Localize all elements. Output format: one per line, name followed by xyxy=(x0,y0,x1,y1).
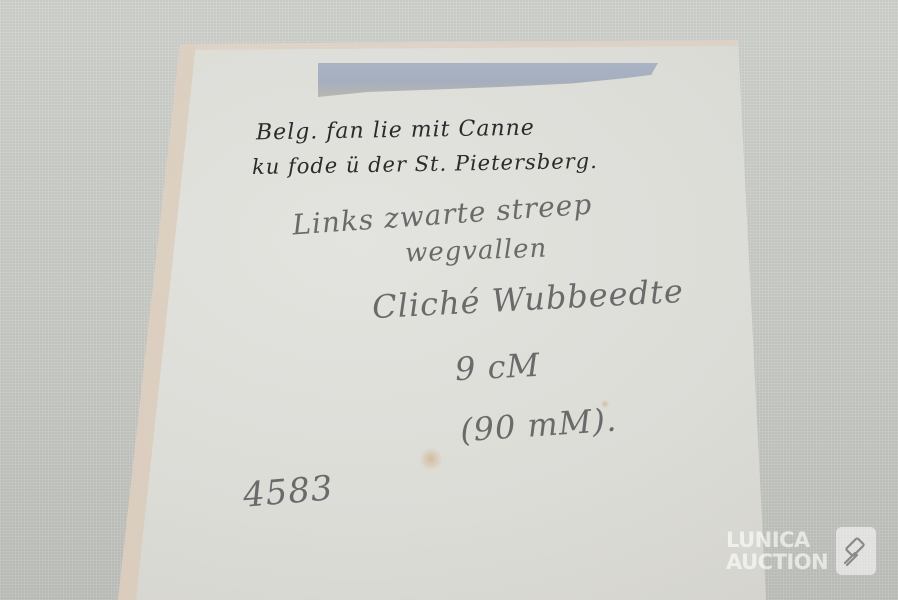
watermark-line-2: AUCTION xyxy=(726,551,828,573)
gavel-icon xyxy=(836,527,876,575)
watermark-text: LUNICA AUCTION xyxy=(726,529,828,573)
pencil-inscription-line-4: 9 cM xyxy=(454,346,541,388)
pencil-inscription-line-2: wegvallen xyxy=(405,234,548,269)
lunica-auction-watermark: LUNICA AUCTION xyxy=(726,523,876,579)
foxing-stain xyxy=(418,448,444,470)
pencil-inventory-number: 4583 xyxy=(241,468,335,516)
watermark-line-1: LUNICA xyxy=(726,529,828,551)
ink-inscription-line-1: Belg. fan lie mit Canne xyxy=(256,116,535,146)
